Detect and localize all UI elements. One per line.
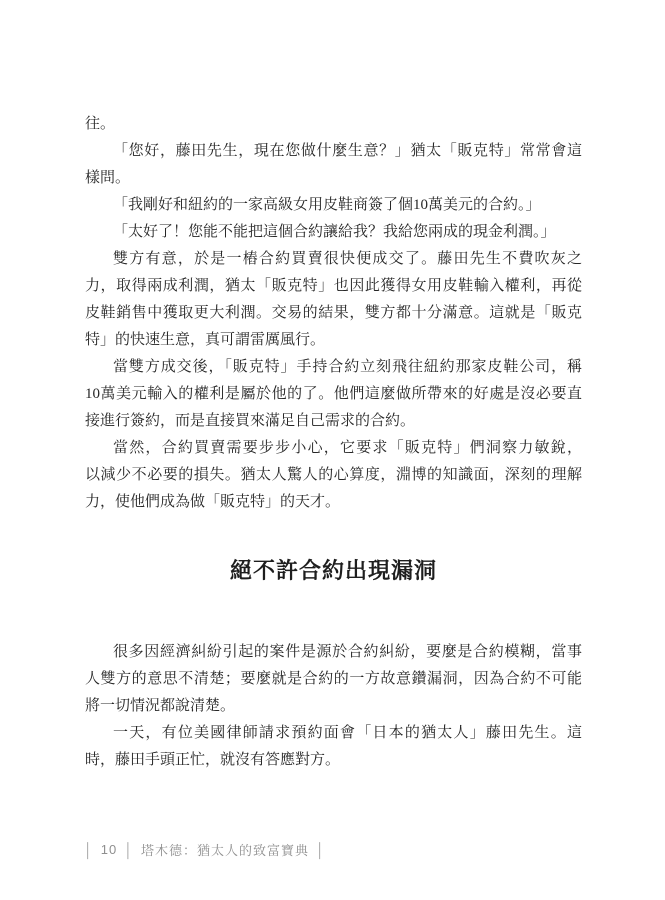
- book-page: 往。 「您好，藤田先生，現在您做什麼生意？」猶太「販克特」常常會這 樣問。 「我…: [0, 0, 665, 900]
- text-line: 樣問。: [85, 165, 582, 192]
- page-number: 10: [101, 842, 117, 857]
- text-line: 特」的快速生意，真可謂雷厲風行。: [85, 327, 582, 354]
- section-heading: 絕不許合約出現漏洞: [85, 557, 582, 585]
- text-line: 「我剛好和紐約的一家高級女用皮鞋商簽了個10萬美元的合約。」: [85, 192, 582, 219]
- text-line: 人雙方的意思不清楚；要麼就是合約的一方故意鑽漏洞，因為合約不可能: [85, 666, 582, 693]
- text-line: 力，使他們成為做「販克特」的天才。: [85, 489, 582, 516]
- page-body: 往。 「您好，藤田先生，現在您做什麼生意？」猶太「販克特」常常會這 樣問。 「我…: [85, 111, 582, 774]
- text-line: 一天，有位美國律師請求預約面會「日本的猶太人」藤田先生。這: [85, 720, 582, 747]
- text-line: 雙方有意，於是一樁合約買賣很快便成交了。藤田先生不費吹灰之: [85, 246, 582, 273]
- text-line: 皮鞋銷售中獲取更大利潤。交易的結果，雙方都十分滿意。這就是「販克: [85, 300, 582, 327]
- footer-divider: │: [316, 843, 326, 857]
- text-line: 很多因經濟糾紛引起的案件是源於合約糾紛，要麼是合約模糊，當事: [85, 639, 582, 666]
- text-line: 以減少不必要的損失。猶太人驚人的心算度，淵博的知識面，深刻的理解: [85, 462, 582, 489]
- footer-divider: │: [84, 843, 94, 857]
- page-footer: │ 10 │ 塔木德：猶太人的致富寶典 │: [84, 840, 326, 859]
- footer-divider: │: [124, 843, 134, 857]
- book-title: 塔木德：猶太人的致富寶典: [141, 840, 309, 859]
- text-line: 當然，合約買賣需要步步小心，它要求「販克特」們洞察力敏銳，: [85, 435, 582, 462]
- text-line: 接進行簽約，而是直接買來滿足自己需求的合約。: [85, 408, 582, 435]
- text-line: 時，藤田手頭正忙，就沒有答應對方。: [85, 747, 582, 774]
- text-line: 「您好，藤田先生，現在您做什麼生意？」猶太「販克特」常常會這: [85, 138, 582, 165]
- text-line: 將一切情況都說清楚。: [85, 693, 582, 720]
- text-line: 力，取得兩成利潤，猶太「販克特」也因此獲得女用皮鞋輸入權利，再從: [85, 273, 582, 300]
- text-line: 「太好了！您能不能把這個合約讓給我？我給您兩成的現金利潤。」: [85, 219, 582, 246]
- text-line: 當雙方成交後，「販克特」手持合約立刻飛往紐約那家皮鞋公司，稱: [85, 354, 582, 381]
- text-line: 10萬美元輸入的權利是屬於他的了。他們這麼做所帶來的好處是沒必要直: [85, 381, 582, 408]
- text-line: 往。: [85, 111, 582, 138]
